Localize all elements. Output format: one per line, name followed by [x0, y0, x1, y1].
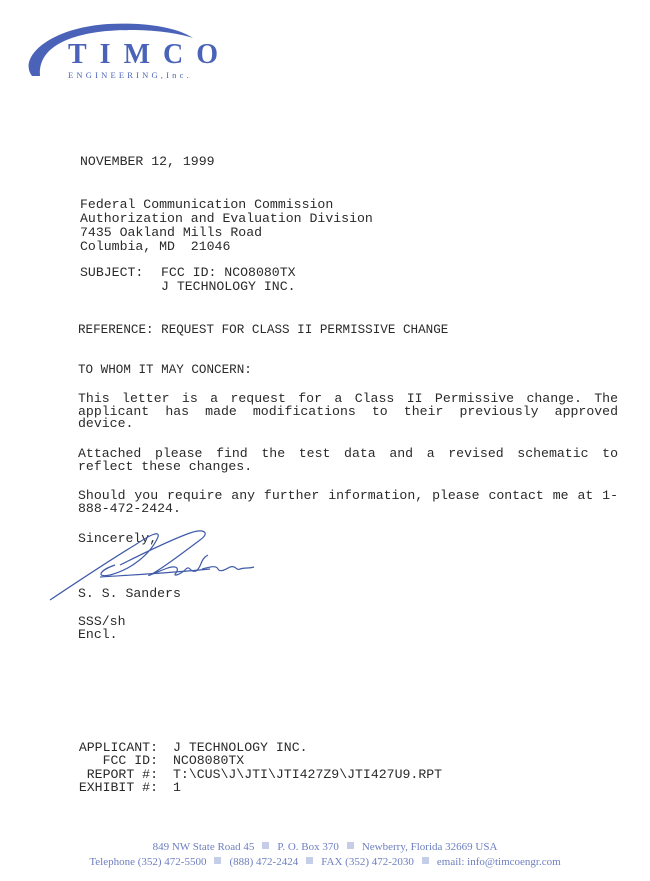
footer-pobox: P. O. Box 370 [277, 841, 338, 853]
exhibit-label: FCC ID: [76, 754, 158, 767]
company-name: TIMCO [68, 39, 231, 71]
footer-contact: Telephone (352) 472-5500(888) 472-2424FA… [0, 856, 650, 868]
separator-square-icon [262, 842, 269, 849]
exhibit-value: 1 [173, 781, 181, 794]
body-paragraph: Attached please find the test data and a… [78, 448, 618, 473]
separator-square-icon [422, 857, 429, 864]
footer-telephone: Telephone (352) 472-5500 [89, 856, 206, 868]
subject-label: SUBJECT: [80, 266, 143, 279]
footer-street: 849 NW State Road 45 [153, 841, 255, 853]
subject-line: FCC ID: NCO8080TX [161, 266, 296, 279]
recipient-line: 7435 Oakland Mills Road [80, 226, 262, 239]
recipient-line: Authorization and Evaluation Division [80, 212, 373, 225]
separator-square-icon [214, 857, 221, 864]
signer-name: S. S. Sanders [78, 587, 181, 600]
subject-line: J TECHNOLOGY INC. [161, 280, 296, 293]
exhibit-label: EXHIBIT #: [76, 781, 158, 794]
enclosure: Encl. [78, 628, 118, 641]
separator-square-icon [306, 857, 313, 864]
body-paragraph: Should you require any further informati… [78, 490, 618, 515]
company-logo: TIMCO ENGINEERING,Inc. [18, 18, 198, 88]
footer-fax: FAX (352) 472-2030 [321, 856, 414, 868]
exhibit-value: T:\CUS\J\JTI\JTI427Z9\JTI427U9.RPT [173, 768, 442, 781]
recipient-line: Columbia, MD 21046 [80, 240, 230, 253]
recipient-line: Federal Communication Commission [80, 198, 333, 211]
salutation: TO WHOM IT MAY CONCERN: [78, 364, 252, 377]
company-subtitle: ENGINEERING,Inc. [68, 70, 192, 80]
footer-tollfree: (888) 472-2424 [229, 856, 298, 868]
footer-address: 849 NW State Road 45P. O. Box 370Newberr… [0, 841, 650, 853]
footer-city: Newberry, Florida 32669 USA [362, 841, 498, 853]
separator-square-icon [347, 842, 354, 849]
exhibit-value: NCO8080TX [173, 754, 244, 767]
footer-email: email: info@timcoengr.com [437, 856, 561, 868]
letter-date: NOVEMBER 12, 1999 [80, 155, 215, 168]
reference-line: REFERENCE: REQUEST FOR CLASS II PERMISSI… [78, 324, 448, 337]
body-paragraph: This letter is a request for a Class II … [78, 393, 618, 431]
